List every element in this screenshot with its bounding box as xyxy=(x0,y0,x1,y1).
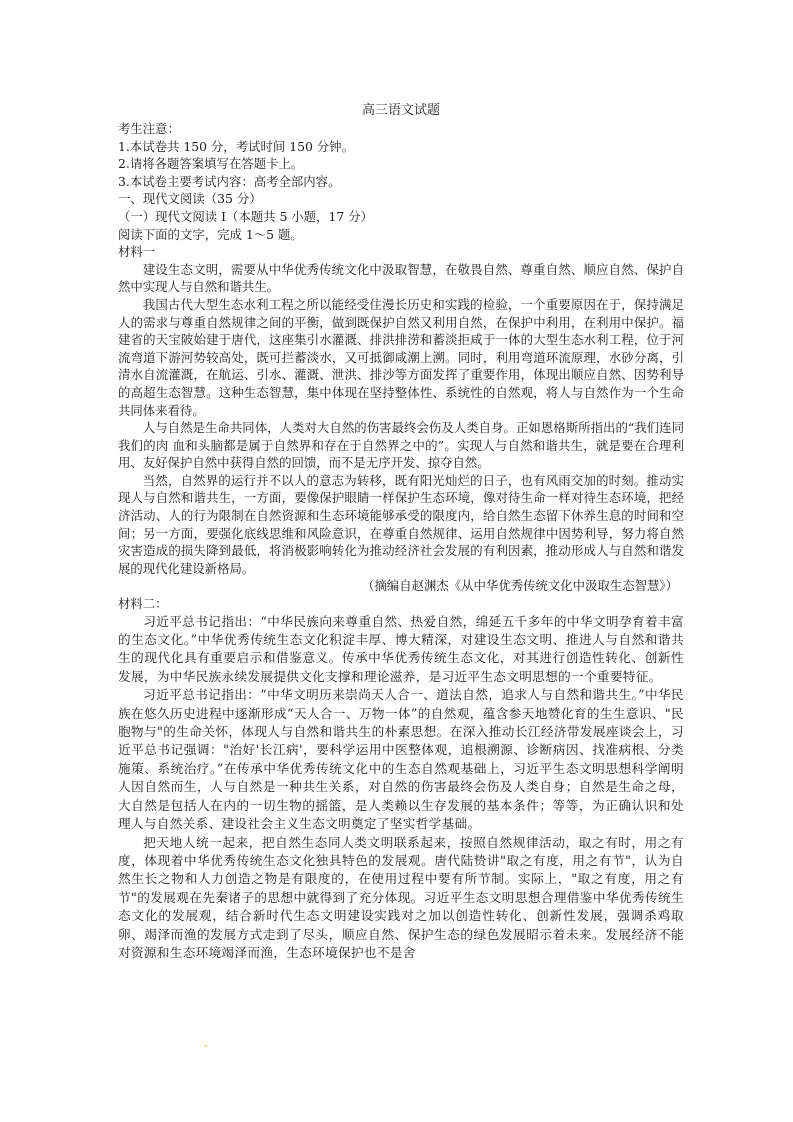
material1-source: （摘编自赵渊杰《从中华优秀传统文化中汲取生态智慧》） xyxy=(118,577,684,595)
scan-artifact-dot xyxy=(205,1045,207,1047)
material1-paragraph: 人与自然是生命共同体，人类对大自然的伤害最终会伤及人类自身。正如恩格斯所指出的“… xyxy=(118,419,684,472)
material1-paragraph: 当然，自然界的运行并不以人的意志为转移，既有阳光灿烂的日子，也有风雨交加的时刻。… xyxy=(118,472,684,578)
material2-label: 材料二： xyxy=(118,595,684,613)
material2-paragraph: 习近平总书记指出：“中华民族向来尊重自然、热爱自然，绵延五千多年的中华文明孕育着… xyxy=(118,613,684,687)
material1-paragraph: 我国古代大型生态水利工程之所以能经受住漫长历史和实践的检验，一个重要原因在于，保… xyxy=(118,296,684,419)
material2-paragraph: 习近平总书记指出：“中华文明历来崇尚天人合一、道法自然，追求人与自然和谐共生。”… xyxy=(118,686,684,833)
section-heading: 一、现代文阅读（35 分） xyxy=(118,190,684,208)
section-subheading: （一）现代文阅读 I（本题共 5 小题，17 分） xyxy=(118,208,684,226)
material1-paragraph: 建设生态文明，需要从中华优秀传统文化中汲取智慧，在敬畏自然、尊重自然、顺应自然、… xyxy=(118,261,684,296)
section-instruction: 阅读下面的文字，完成 1～5 题。 xyxy=(118,226,684,244)
notice-heading: 考生注意： xyxy=(118,120,684,138)
exam-page: 高三语文试题 考生注意： 1.本试卷共 150 分，考试时间 150 分钟。 2… xyxy=(118,102,684,962)
notice-item: 3.本试卷主要考试内容：高考全部内容。 xyxy=(118,173,684,191)
material2-paragraph: 把天地人统一起来，把自然生态同人类文明联系起来，按照自然规律活动，取之有时，用之… xyxy=(118,834,684,963)
notice-item: 1.本试卷共 150 分，考试时间 150 分钟。 xyxy=(118,138,684,156)
material1-label: 材料一 xyxy=(118,243,684,261)
page-title: 高三语文试题 xyxy=(118,102,684,120)
notice-item: 2.请将各题答案填写在答题卡上。 xyxy=(118,155,684,173)
